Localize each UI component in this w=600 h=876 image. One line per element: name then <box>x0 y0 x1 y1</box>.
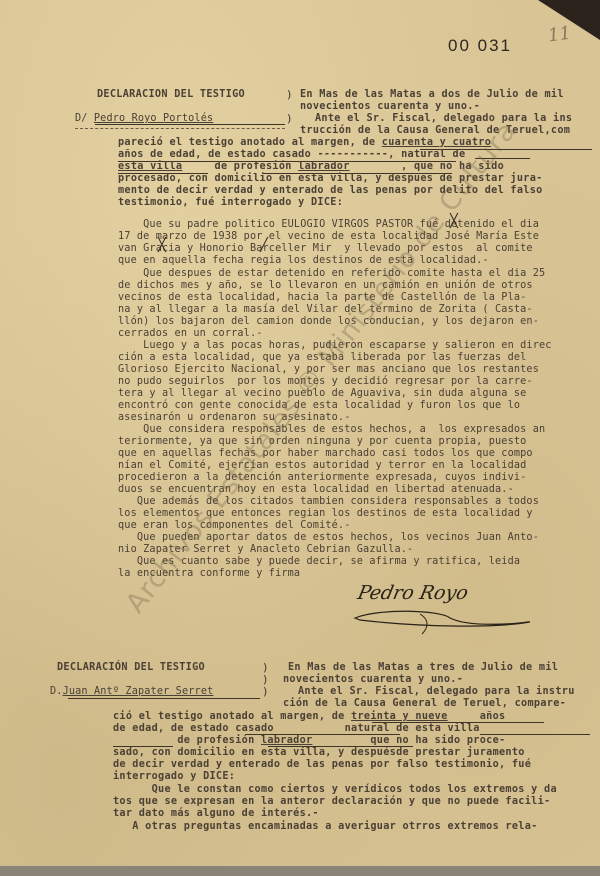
bracket: ) <box>286 88 293 101</box>
body-line: los elementos que entonces regian los de… <box>118 508 533 520</box>
intro-line: años de edad, de estado casado ---------… <box>118 149 465 161</box>
scan-border <box>0 866 600 876</box>
body-line: teriormente, ya que sin orden ninguna y … <box>118 436 526 448</box>
marital-status-field: casado ----------- <box>272 149 388 160</box>
intro-line: sado, con domicilio en esta villa, y des… <box>113 747 525 759</box>
header-line: Ante el Sr. Fiscal, delegado para la ins <box>315 113 572 125</box>
body-line: Que su padre politico EULOGIO VIRGOS PAS… <box>118 219 539 231</box>
body-line: van Gracia y Honorio Barceller Mir y lle… <box>118 243 533 255</box>
intro-line: de decir verdad y enterado de las penas … <box>113 759 531 771</box>
body-line: A otras preguntas encaminadas a averigua… <box>113 821 538 833</box>
body-line: nían el Comité, ejercían estos autoridad… <box>118 460 526 472</box>
age-field: treinta y nueve <box>351 711 448 722</box>
body-line: Que despues de estar detenido en referid… <box>118 268 545 280</box>
body-line: duos se encuentran hoy en esta localidad… <box>118 484 514 496</box>
body-line: na y al llegar a la masía del Vilar del … <box>118 304 533 316</box>
profession-field: labrador <box>261 735 312 746</box>
declaration-heading: DECLARACIÓN DEL TESTIGO <box>57 662 205 674</box>
intro-line: esta villa de profesión labrador , que n… <box>118 161 504 173</box>
header-line: En Mas de las Matas a dos de Julio de mi… <box>300 89 564 101</box>
witness-name: Juan Antº Zapater Serret <box>63 686 214 697</box>
header-line: novecientos cuarenta y uno.- <box>300 101 480 113</box>
body-line: asesinarón u ordenaron su asesinato.- <box>118 412 351 424</box>
body-line: que eran los componentes del Comité.- <box>118 520 351 532</box>
intro-line: pareció el testigo anotado al margen, de… <box>118 137 491 149</box>
witness-prefix: D/ <box>75 113 88 124</box>
bracket: ) <box>262 685 269 698</box>
witness-margin: D.Juan Antº Zapater Serret <box>50 686 213 698</box>
body-line: que en aquellas fechas por haber marchad… <box>118 448 533 460</box>
origin-field: esta villa <box>415 723 479 734</box>
signature-flourish <box>350 580 530 635</box>
header-line: Ante el Sr. Fiscal, delegado para la ins… <box>298 686 575 698</box>
body-line: 17 de marzo de 1938 por el vecino de est… <box>118 231 539 243</box>
x-mark: ╳ <box>158 238 166 253</box>
name-dash-rule <box>75 128 285 129</box>
document-page: 00 031 11 DECLARACION DEL TESTIGO ) D/ P… <box>0 0 600 866</box>
body-line: cerrados en un corral.- <box>118 328 263 340</box>
name-underline <box>68 698 260 699</box>
intro-line: testimonio, fué interrogado y DICE: <box>118 197 343 209</box>
body-line: procedieron a la detención anteriormente… <box>118 472 526 484</box>
witness-prefix: D. <box>50 686 63 697</box>
bracket: ) <box>286 112 293 125</box>
body-line: Que considera responsables de estos hech… <box>118 424 545 436</box>
body-line: encontró con gente conocida de esta loca… <box>118 400 520 412</box>
body-line: llón) los bajaron del camion donde los c… <box>118 316 539 328</box>
header-line: ción de la Causa General de Teruel, comp… <box>283 698 566 710</box>
body-line: tos que se expresan en la anteror declar… <box>113 796 550 808</box>
origin-field: esta villa <box>118 161 182 172</box>
pencil-page-number: 11 <box>547 23 573 47</box>
profession-field: labrador <box>298 161 349 172</box>
marital-status-field: casado <box>235 723 274 734</box>
x-mark: ╱ <box>260 238 268 253</box>
body-line: Que además de los citados tambien consid… <box>118 496 539 508</box>
header-line: En Mas de las Matas a tres de Julio de m… <box>288 662 558 674</box>
body-line: tar dato más alguno de interés.- <box>113 808 319 820</box>
witness-name: Pedro Royo Portolés <box>94 113 213 124</box>
body-line: que en aquella fecha regia los destinos … <box>118 255 489 267</box>
signature: Pedro Royo <box>350 580 530 635</box>
intro-line: interrogado y DICE: <box>113 771 235 783</box>
folio-number: 00 031 <box>448 36 512 56</box>
body-line: Que le constan como ciertos y verídicos … <box>113 784 557 796</box>
body-line: de dichos mes y año, se lo llevaron en u… <box>118 280 533 292</box>
header-line: novecientos cuarenta y uno.- <box>283 674 463 686</box>
header-line: trucción de la Causa General de Teruel,c… <box>300 125 570 137</box>
body-line: vecinos de esta localidad, hacia la part… <box>118 292 526 304</box>
name-underline <box>95 124 285 125</box>
declaration-heading: DECLARACION DEL TESTIGO <box>97 89 245 101</box>
